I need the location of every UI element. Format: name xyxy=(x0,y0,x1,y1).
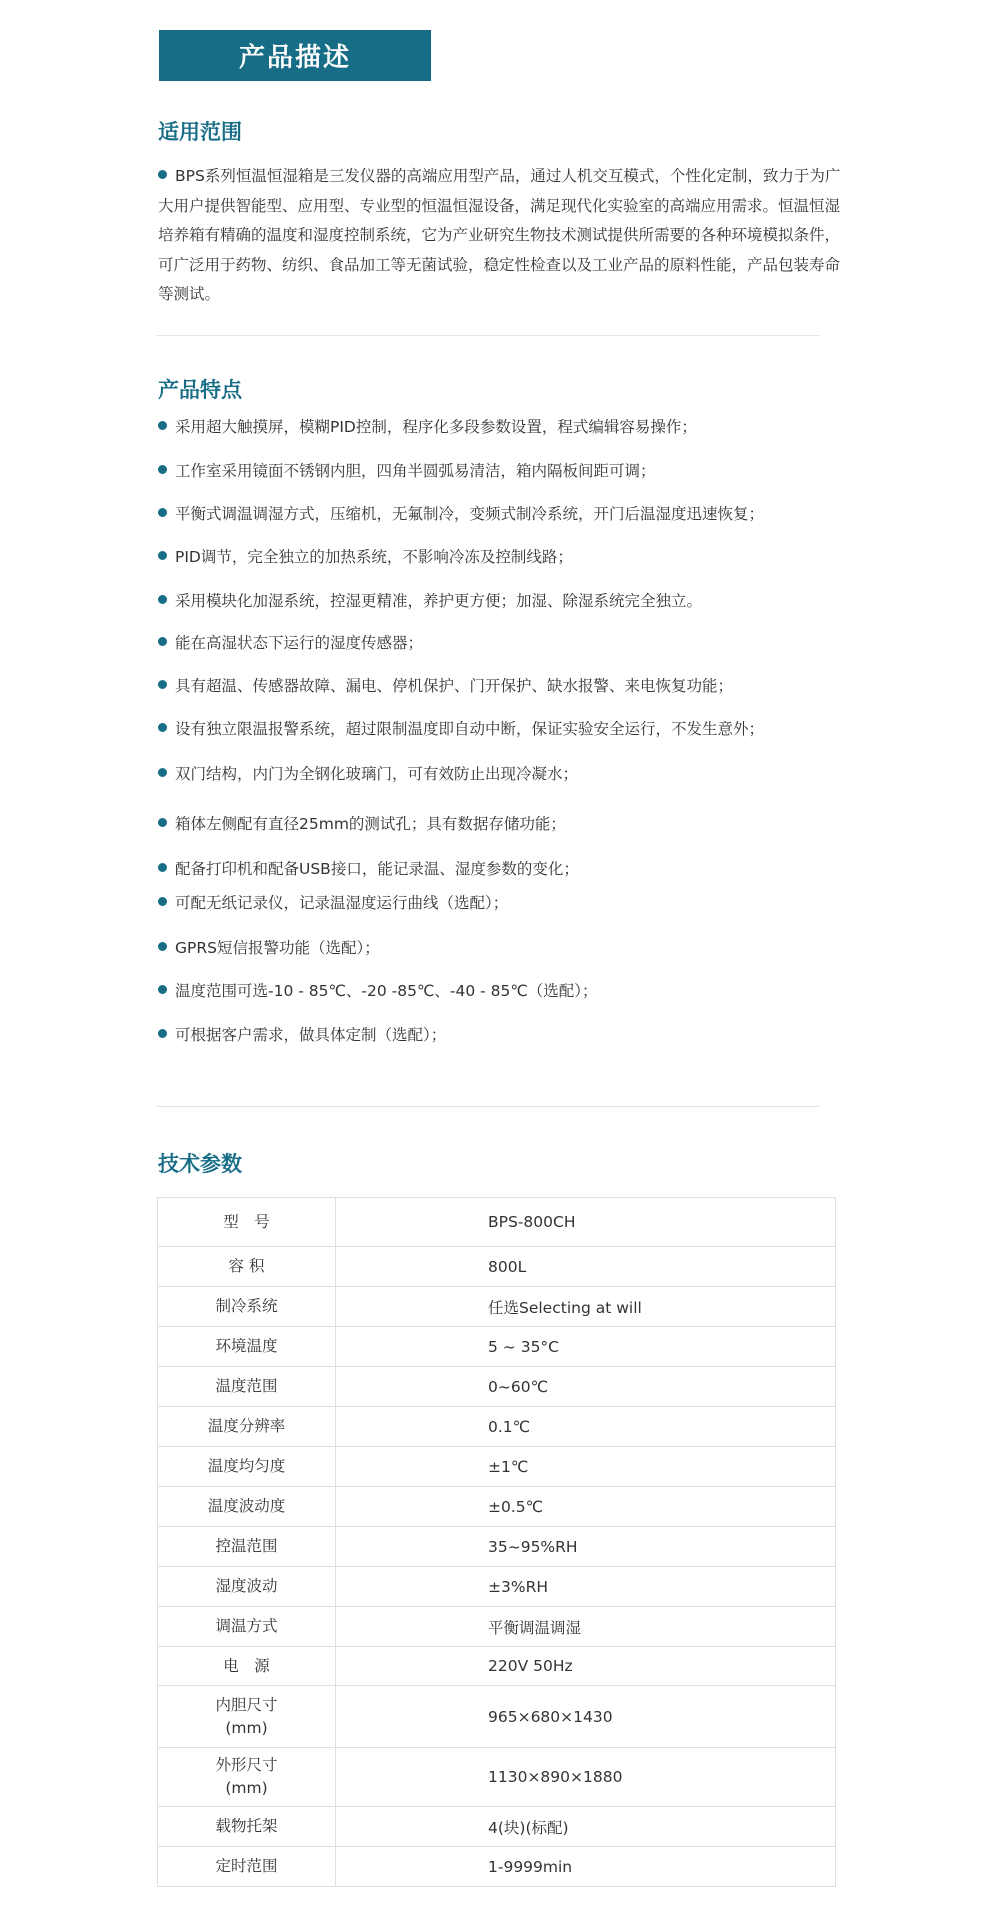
bullet-icon xyxy=(158,818,167,827)
section-divider xyxy=(157,1106,819,1107)
spec-row: 温度范围0~60℃ xyxy=(158,1367,836,1407)
spec-label: 湿度波动 xyxy=(158,1567,336,1607)
spec-row: 控温范围35~95%RH xyxy=(158,1527,836,1567)
spec-row: 环境温度5 ~ 35°C xyxy=(158,1327,836,1367)
spec-row: 内胆尺寸(mm)965×680×1430 xyxy=(158,1686,836,1748)
bullet-icon xyxy=(158,551,167,560)
spec-row: 温度均匀度±1℃ xyxy=(158,1447,836,1487)
spec-label: 温度范围 xyxy=(158,1367,336,1407)
spec-row: 制冷系统任选Selecting at will xyxy=(158,1287,836,1327)
feature-text: 设有独立限温报警系统，超过限制温度即自动中断，保证实验安全运行，不发生意外； xyxy=(175,720,764,738)
feature-text: 温度范围可选-10 - 85℃、-20 -85℃、-40 - 85℃（选配）； xyxy=(175,982,598,1000)
spec-value: 5 ~ 35°C xyxy=(336,1327,836,1367)
feature-item: 平衡式调温调湿方式，压缩机，无氟制冷，变频式制冷系统，开门后温湿度迅速恢复； xyxy=(158,503,764,525)
spec-label: 内胆尺寸(mm) xyxy=(158,1686,336,1748)
feature-text: 平衡式调温调湿方式，压缩机，无氟制冷，变频式制冷系统，开门后温湿度迅速恢复； xyxy=(175,505,764,523)
spec-value: 任选Selecting at will xyxy=(336,1287,836,1327)
feature-text: 可根据客户需求，做具体定制（选配）； xyxy=(175,1026,446,1044)
spec-value: 0.1℃ xyxy=(336,1407,836,1447)
spec-label: 容 积 xyxy=(158,1247,336,1287)
feature-text: PID调节，完全独立的加热系统，不影响冷冻及控制线路； xyxy=(175,548,573,566)
spec-label: 温度波动度 xyxy=(158,1487,336,1527)
feature-item: 采用模块化加湿系统，控湿更精准，养护更方便；加湿、除湿系统完全独立。 xyxy=(158,590,702,612)
spec-label: 温度分辨率 xyxy=(158,1407,336,1447)
spec-label: 型 号 xyxy=(158,1198,336,1247)
bullet-icon xyxy=(158,465,167,474)
feature-text: 采用模块化加湿系统，控湿更精准，养护更方便；加湿、除湿系统完全独立。 xyxy=(175,592,702,610)
scope-paragraph: BPS系列恒温恒湿箱是三发仪器的高端应用型产品，通过人机交互模式，个性化定制，致… xyxy=(158,162,848,310)
spec-value: 0~60℃ xyxy=(336,1367,836,1407)
bullet-icon xyxy=(158,768,167,777)
spec-row: 电 源220V 50Hz xyxy=(158,1647,836,1686)
spec-value: 35~95%RH xyxy=(336,1527,836,1567)
spec-value: BPS-800CH xyxy=(336,1198,836,1247)
spec-label: 外形尺寸(mm) xyxy=(158,1748,336,1807)
scope-heading: 适用范围 xyxy=(158,116,242,146)
bullet-icon xyxy=(158,637,167,646)
bullet-icon xyxy=(158,723,167,732)
spec-value: ±3%RH xyxy=(336,1567,836,1607)
feature-item: 采用超大触摸屏，模糊PID控制，程序化多段参数设置，程式编辑容易操作； xyxy=(158,416,697,438)
spec-row: 湿度波动±3%RH xyxy=(158,1567,836,1607)
feature-text: 采用超大触摸屏，模糊PID控制，程序化多段参数设置，程式编辑容易操作； xyxy=(175,418,697,436)
spec-label: 定时范围 xyxy=(158,1847,336,1887)
feature-item: 能在高湿状态下运行的湿度传感器； xyxy=(158,632,423,654)
scope-text: BPS系列恒温恒湿箱是三发仪器的高端应用型产品，通过人机交互模式，个性化定制，致… xyxy=(158,167,840,303)
spec-value: ±1℃ xyxy=(336,1447,836,1487)
spec-row: 定时范围1-9999min xyxy=(158,1847,836,1887)
bullet-icon xyxy=(158,897,167,906)
spec-value: 1130×890×1880 xyxy=(336,1748,836,1807)
feature-text: 工作室采用镜面不锈钢内胆，四角半圆弧易清洁，箱内隔板间距可调； xyxy=(175,462,656,480)
spec-value: ±0.5℃ xyxy=(336,1487,836,1527)
feature-text: 箱体左侧配有直径25mm的测试孔；具有数据存储功能； xyxy=(175,815,566,833)
bullet-icon xyxy=(158,170,167,179)
bullet-icon xyxy=(158,508,167,517)
bullet-icon xyxy=(158,985,167,994)
product-description-banner: 产品描述 xyxy=(159,30,431,81)
section-divider xyxy=(157,335,819,336)
specs-table: 型 号BPS-800CH容 积800L制冷系统任选Selecting at wi… xyxy=(157,1197,836,1887)
spec-row: 温度波动度±0.5℃ xyxy=(158,1487,836,1527)
spec-value: 1-9999min xyxy=(336,1847,836,1887)
bullet-icon xyxy=(158,1029,167,1038)
feature-item: GPRS短信报警功能（选配）； xyxy=(158,937,380,959)
feature-item: 工作室采用镜面不锈钢内胆，四角半圆弧易清洁，箱内隔板间距可调； xyxy=(158,460,656,482)
spec-row: 载物托架4(块)(标配) xyxy=(158,1807,836,1847)
spec-row: 容 积800L xyxy=(158,1247,836,1287)
spec-row: 外形尺寸(mm)1130×890×1880 xyxy=(158,1748,836,1807)
spec-value: 965×680×1430 xyxy=(336,1686,836,1748)
spec-value: 220V 50Hz xyxy=(336,1647,836,1686)
bullet-icon xyxy=(158,863,167,872)
feature-text: GPRS短信报警功能（选配）； xyxy=(175,939,380,957)
spec-value: 800L xyxy=(336,1247,836,1287)
feature-item: 设有独立限温报警系统，超过限制温度即自动中断，保证实验安全运行，不发生意外； xyxy=(158,718,764,740)
spec-label: 制冷系统 xyxy=(158,1287,336,1327)
features-heading: 产品特点 xyxy=(158,374,242,404)
feature-item: 具有超温、传感器故障、漏电、停机保护、门开保护、缺水报警、来电恢复功能； xyxy=(158,675,733,697)
spec-label: 电 源 xyxy=(158,1647,336,1686)
feature-item: PID调节，完全独立的加热系统，不影响冷冻及控制线路； xyxy=(158,546,573,568)
bullet-icon xyxy=(158,421,167,430)
feature-item: 可根据客户需求，做具体定制（选配）； xyxy=(158,1024,446,1046)
feature-text: 双门结构，内门为全钢化玻璃门，可有效防止出现冷凝水； xyxy=(175,765,578,783)
spec-label: 环境温度 xyxy=(158,1327,336,1367)
spec-value: 4(块)(标配) xyxy=(336,1807,836,1847)
feature-text: 能在高湿状态下运行的湿度传感器； xyxy=(175,634,423,652)
feature-item: 可配无纸记录仪，记录温湿度运行曲线（选配）； xyxy=(158,892,508,914)
feature-text: 配备打印机和配备USB接口，能记录温、湿度参数的变化； xyxy=(175,860,579,878)
spec-label: 载物托架 xyxy=(158,1807,336,1847)
feature-text: 具有超温、传感器故障、漏电、停机保护、门开保护、缺水报警、来电恢复功能； xyxy=(175,677,733,695)
bullet-icon xyxy=(158,942,167,951)
feature-item: 箱体左侧配有直径25mm的测试孔；具有数据存储功能； xyxy=(158,813,566,835)
spec-label: 调温方式 xyxy=(158,1607,336,1647)
spec-label: 温度均匀度 xyxy=(158,1447,336,1487)
spec-row: 型 号BPS-800CH xyxy=(158,1198,836,1247)
feature-item: 温度范围可选-10 - 85℃、-20 -85℃、-40 - 85℃（选配）； xyxy=(158,980,598,1002)
spec-value: 平衡调温调湿 xyxy=(336,1607,836,1647)
spec-row: 温度分辨率0.1℃ xyxy=(158,1407,836,1447)
bullet-icon xyxy=(158,595,167,604)
spec-row: 调温方式平衡调温调湿 xyxy=(158,1607,836,1647)
specs-heading: 技术参数 xyxy=(158,1148,242,1178)
feature-item: 双门结构，内门为全钢化玻璃门，可有效防止出现冷凝水； xyxy=(158,763,578,785)
feature-item: 配备打印机和配备USB接口，能记录温、湿度参数的变化； xyxy=(158,858,579,880)
feature-text: 可配无纸记录仪，记录温湿度运行曲线（选配）； xyxy=(175,894,508,912)
bullet-icon xyxy=(158,680,167,689)
spec-label: 控温范围 xyxy=(158,1527,336,1567)
